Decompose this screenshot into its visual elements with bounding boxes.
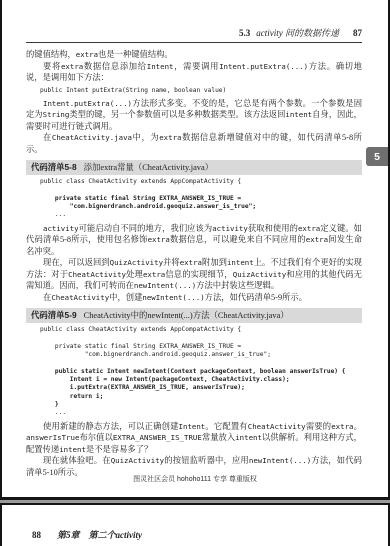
text-run: 是不是容易多了？ — [86, 445, 152, 454]
text-run: 的键值结构， — [26, 50, 76, 59]
listing-header: 代码清单5-8添加extra常量（CheatActivity.java） — [26, 160, 362, 175]
text-run: 数据信息添加给 — [83, 62, 147, 71]
listing-title: CheatActivity中的newIntent(...)方法（CheatAct… — [84, 311, 289, 320]
watermark-text: 图灵社区会员 hohoho111 专享 尊重版权 — [2, 474, 388, 484]
inline-code: QuizActivity — [111, 456, 164, 465]
inline-code: extra — [143, 270, 165, 279]
inline-code: QuizActivity — [233, 270, 286, 279]
paragraph: 的键值结构，extra也是一种键值结构。 — [26, 49, 362, 61]
book-page-87: 5.3 activity 间的数据传递 87 的键值结构，extra也是一种键值… — [0, 0, 390, 500]
code-block: public Intent putExtra(String name, bool… — [40, 87, 362, 95]
inline-code: activity — [212, 224, 248, 233]
text-run: 。 — [353, 422, 361, 431]
code-block: public class CheatActivity extends AppCo… — [40, 178, 362, 219]
text-run: 使用新建的静态方法，可以正确创建 — [43, 422, 179, 431]
inline-code: intent — [227, 258, 254, 267]
code-line: "com.bignerdranch.android.geoquiz.answer… — [40, 203, 362, 211]
inline-code: intent — [59, 445, 86, 454]
running-header: 5.3 activity 间的数据传递 87 — [26, 26, 362, 43]
inline-code: CheatActivity.java — [52, 133, 132, 142]
inline-code: intent — [285, 110, 312, 119]
section-title: activity 间的数据传递 — [256, 26, 339, 39]
next-page-chapter-title: 第5章 第二个activity — [57, 528, 142, 541]
code-line: } — [40, 401, 362, 409]
page-number: 87 — [353, 28, 362, 38]
code-block: public class CheatActivity extends AppCo… — [40, 326, 362, 417]
text-run: 要将 — [43, 62, 61, 71]
paragraph: activity可能启动自不同的地方，我们应该为activity获取和使用的ex… — [26, 223, 362, 258]
section-number: 5.3 — [239, 28, 250, 38]
text-run: 布尔值以 — [79, 433, 112, 442]
inline-code: CheatActivity — [68, 270, 126, 279]
listing-title: 添加extra常量（CheatActivity.java） — [84, 163, 213, 172]
paragraph: 使用新建的静态方法，可以正确创建Intent。它配置有CheatActivity… — [26, 421, 362, 456]
inline-code: extra — [61, 62, 83, 71]
inline-code: Intent.putExtra(...) — [219, 62, 308, 71]
inline-code: Intent.putExtra(...) — [43, 99, 132, 108]
text-run: 。它配置有 — [205, 422, 248, 431]
code-line — [40, 359, 362, 367]
code-line: public class CheatActivity extends AppCo… — [40, 326, 362, 334]
inline-code: extra — [306, 235, 328, 244]
code-line: private static final String EXTRA_ANSWER… — [40, 195, 362, 203]
code-line: return i; — [40, 393, 362, 401]
inline-code: answerIsTrue — [26, 433, 79, 442]
code-line: "com.bignerdranch.android.geoquiz.answer… — [40, 351, 362, 359]
text-run: ，需要调用 — [173, 62, 219, 71]
text-run: 在 — [43, 133, 52, 142]
inline-code: QuizActivity — [110, 258, 163, 267]
inline-code: newIntent(...) — [142, 293, 204, 302]
text-run: 方法中封装这些逻辑。 — [196, 281, 279, 290]
inline-code: extra — [76, 50, 98, 59]
inline-code: intent — [235, 433, 262, 442]
inline-code: activity — [43, 224, 79, 233]
inline-code: CheatActivity — [248, 422, 306, 431]
inline-code: newIntent(...) — [134, 281, 196, 290]
page-content: 5.3 activity 间的数据传递 87 的键值结构，extra也是一种键值… — [2, 0, 388, 478]
inline-code: extra — [298, 224, 320, 233]
inline-code: Intent — [179, 422, 206, 431]
inline-code: CheatActivity — [51, 293, 109, 302]
text-run: 的按钮监听器中，应用 — [164, 456, 249, 465]
code-line: ... — [40, 409, 362, 417]
text-run: 也是一种键值结构。 — [98, 50, 173, 59]
inline-code: Intent — [147, 62, 174, 71]
paragraph: 要将extra数据信息添加给Intent，需要调用Intent.putExtra… — [26, 61, 362, 84]
code-line: ... — [40, 211, 362, 219]
text-run: 附加到 — [202, 258, 227, 267]
text-run: 类型的键，另一个参数值可以是多种数据类型。该方法返回 — [69, 110, 285, 119]
paragraph: Intent.putExtra(...)方法形式多变。不变的是，它总是有两个参数… — [26, 98, 362, 133]
inline-code: extra — [159, 133, 181, 142]
code-line: i.putExtra(EXTRA_ANSWER_IS_TRUE, answerI… — [40, 384, 362, 392]
inline-code: extra — [331, 422, 353, 431]
text-run: 方法，如代码清单5-9所示。 — [205, 293, 307, 302]
page-body: 的键值结构，extra也是一种键值结构。要将extra数据信息添加给Intent… — [26, 43, 362, 478]
text-run: 现在，可以返回到 — [43, 258, 110, 267]
next-page-running-header: 88 第5章 第二个activity — [32, 528, 142, 541]
text-run: 中，为 — [132, 133, 159, 142]
paragraph: 在CheatActivity.java中，为extra数据信息新增键值对中的键，… — [26, 132, 362, 155]
chapter-tab: 5 — [366, 147, 388, 166]
text-run: 需要的 — [306, 422, 332, 431]
inline-code: extra — [180, 258, 202, 267]
listing-header: 代码清单5-9CheatActivity中的newIntent(...)方法（C… — [26, 308, 362, 323]
code-line — [40, 335, 362, 343]
listing-label: 代码清单5-9 — [31, 310, 77, 320]
listing-label: 代码清单5-8 — [31, 162, 77, 172]
text-run: 数据信息，可以避免来自不同应用的 — [170, 235, 306, 244]
inline-code: String — [43, 110, 70, 119]
code-line: public Intent putExtra(String name, bool… — [40, 87, 362, 95]
text-run: 获取和使用的 — [248, 224, 298, 233]
text-run: 信息的实现细节， — [165, 270, 233, 279]
text-run: 中，创建 — [109, 293, 142, 302]
text-run: 常量放入 — [202, 433, 235, 442]
text-run: 可能启动自不同的地方，我们应该为 — [79, 224, 213, 233]
book-page-88: 88 第5章 第二个activity — [0, 503, 390, 546]
next-page-number: 88 — [32, 530, 41, 540]
text-run: 并将 — [163, 258, 180, 267]
text-run: 处理 — [126, 270, 143, 279]
paragraph: 现在，可以返回到QuizActivity并将extra附加到intent上。不过… — [26, 257, 362, 292]
code-line: public class CheatActivity extends AppCo… — [40, 178, 362, 186]
code-line: private static final String EXTRA_ANSWER… — [40, 343, 362, 351]
code-line: public static Intent newIntent(Context p… — [40, 368, 362, 376]
inline-code: EXTRA_ANSWER_IS_TRUE — [113, 433, 202, 442]
text-run: 现在就体验吧。在 — [43, 456, 111, 465]
inline-code: extra — [148, 235, 170, 244]
code-line — [40, 187, 362, 195]
paragraph: 在CheatActivity中，创建newIntent(...)方法，如代码清单… — [26, 292, 362, 304]
inline-code: newIntent(...) — [249, 456, 311, 465]
